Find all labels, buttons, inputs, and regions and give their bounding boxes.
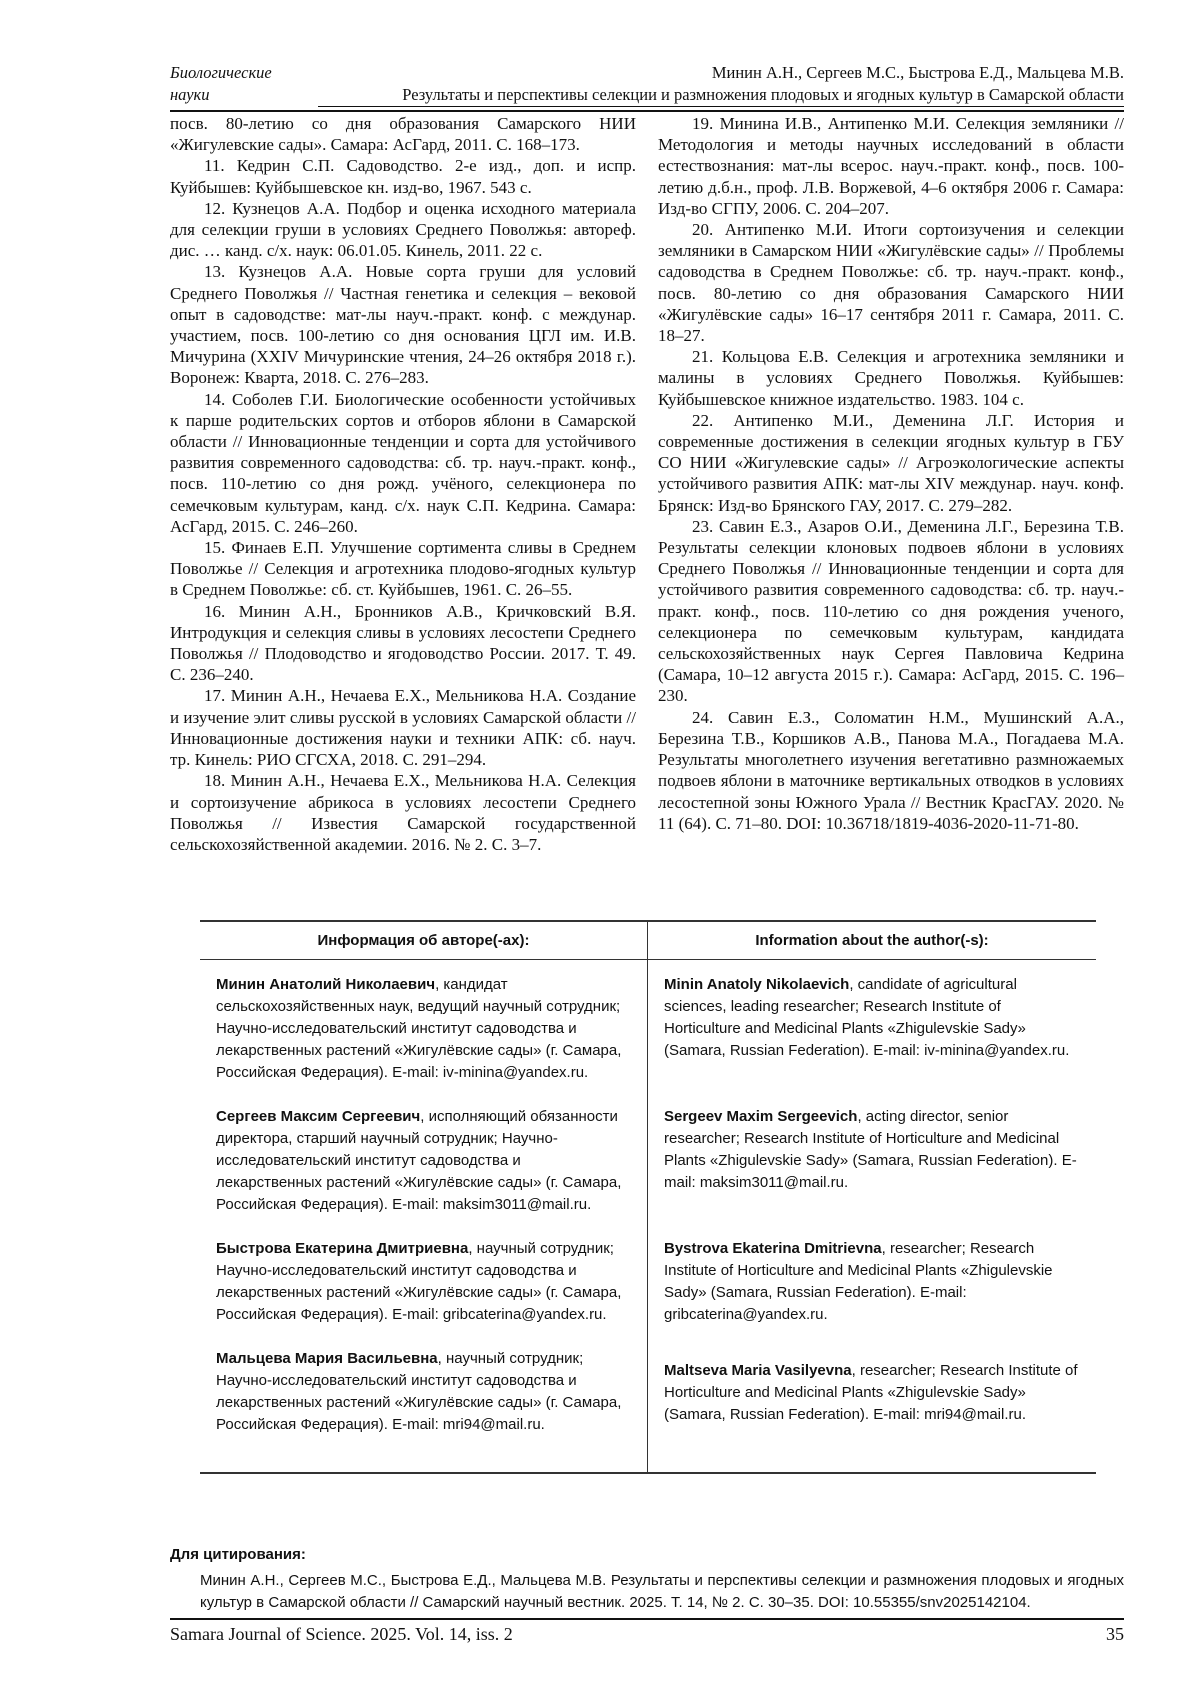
reference-item: посв. 80-летию со дня образования Самарс…: [170, 113, 636, 155]
references-left-column: посв. 80-летию со дня образования Самарс…: [170, 113, 636, 855]
author-info-table: Информация об авторе(-ах): Information a…: [200, 920, 1096, 1474]
author-entry: Bystrova Ekaterina Dmitrievna, researche…: [664, 1238, 1078, 1338]
author-info-table-header: Информация об авторе(-ах): Information a…: [200, 922, 1096, 960]
citation-text: Минин А.Н., Сергеев М.С., Быстрова Е.Д.,…: [200, 1570, 1124, 1614]
author-entry: Minin Anatoly Nikolaevich, candidate of …: [664, 974, 1078, 1084]
reference-item: 16. Минин А.Н., Бронников А.В., Кричковс…: [170, 601, 636, 686]
reference-item: 22. Антипенко М.И., Деменина Л.Г. Истори…: [658, 410, 1124, 516]
author-name: Maltseva Maria Vasilyevna: [664, 1362, 852, 1379]
reference-item: 24. Савин Е.З., Соломатин Н.М., Мушински…: [658, 707, 1124, 834]
reference-item: 17. Минин А.Н., Нечаева Е.Х., Мельникова…: [170, 685, 636, 770]
header-en: Information about the author(-s):: [648, 922, 1096, 960]
author-entry: Минин Анатолий Николаевич, кандидат сель…: [216, 974, 629, 1084]
reference-item: 15. Финаев Е.П. Улучшение сортимента сли…: [170, 537, 636, 601]
author-name: Мальцева Мария Васильевна: [216, 1350, 438, 1367]
author-info-table-body: Минин Анатолий Николаевич, кандидат сель…: [200, 960, 1096, 1472]
journal-name: Samara Journal of Science. 2025. Vol. 14…: [170, 1620, 513, 1648]
citation-label: Для цитирования:: [170, 1546, 306, 1563]
author-entry: Быстрова Екатерина Дмитриевна, научный с…: [216, 1238, 629, 1326]
page-number: 35: [1106, 1620, 1124, 1648]
reference-item: 23. Савин Е.З., Азаров О.И., Деменина Л.…: [658, 516, 1124, 707]
author-entry: Сергеев Максим Сергеевич, исполняющий об…: [216, 1106, 629, 1216]
section-label: Биологические науки: [170, 62, 290, 106]
author-name: Sergeev Maxim Sergeevich: [664, 1108, 857, 1125]
author-name: Minin Anatoly Nikolaevich: [664, 976, 849, 993]
authors-ru: Минин Анатолий Николаевич, кандидат сель…: [200, 960, 648, 1472]
author-name: Быстрова Екатерина Дмитриевна: [216, 1240, 468, 1257]
references: посв. 80-летию со дня образования Самарс…: [170, 113, 1124, 855]
authors-en: Minin Anatoly Nikolaevich, candidate of …: [648, 960, 1096, 1472]
header-authors: Минин А.Н., Сергеев М.С., Быстрова Е.Д.,…: [712, 62, 1124, 84]
references-right-column: 19. Минина И.В., Антипенко М.И. Селекция…: [658, 113, 1124, 855]
reference-item: 13. Кузнецов А.А. Новые сорта груши для …: [170, 261, 636, 388]
header-article-title: Результаты и перспективы селекции и разм…: [318, 84, 1124, 107]
author-name: Bystrova Ekaterina Dmitrievna: [664, 1240, 882, 1257]
running-header: Биологические науки Минин А.Н., Сергеев …: [170, 58, 1124, 112]
author-name: Сергеев Максим Сергеевич: [216, 1108, 420, 1125]
reference-item: 14. Соболев Г.И. Биологические особеннос…: [170, 389, 636, 537]
reference-item: 11. Кедрин С.П. Садоводство. 2-е изд., д…: [170, 155, 636, 197]
page-footer: Samara Journal of Science. 2025. Vol. 14…: [170, 1618, 1124, 1650]
reference-item: 19. Минина И.В., Антипенко М.И. Селекция…: [658, 113, 1124, 219]
reference-item: 20. Антипенко М.И. Итоги сортоизучения и…: [658, 219, 1124, 346]
author-entry: Мальцева Мария Васильевна, научный сотру…: [216, 1348, 629, 1436]
author-entry: Sergeev Maxim Sergeevich, acting directo…: [664, 1106, 1078, 1216]
header-ru: Информация об авторе(-ах):: [200, 922, 648, 960]
reference-item: 18. Минин А.Н., Нечаева Е.Х., Мельникова…: [170, 770, 636, 855]
author-entry: Maltseva Maria Vasilyevna, researcher; R…: [664, 1360, 1078, 1426]
reference-item: 21. Кольцова Е.В. Селекция и агротехника…: [658, 346, 1124, 410]
reference-item: 12. Кузнецов А.А. Подбор и оценка исходн…: [170, 198, 636, 262]
author-name: Минин Анатолий Николаевич: [216, 976, 435, 993]
journal-page: Биологические науки Минин А.Н., Сергеев …: [170, 58, 1124, 855]
